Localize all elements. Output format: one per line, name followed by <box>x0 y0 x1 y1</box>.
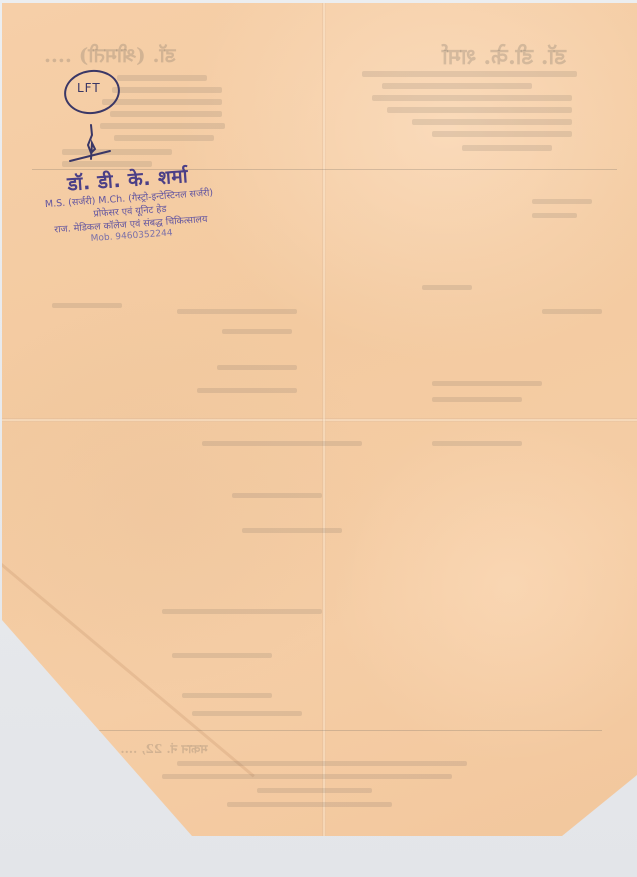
bleed-line <box>362 71 577 77</box>
bleed-line <box>532 199 592 204</box>
bleed-line <box>192 711 302 716</box>
bleed-line <box>422 285 472 290</box>
bleed-line <box>412 119 572 125</box>
bleed-line <box>202 441 362 446</box>
bleed-line <box>462 145 552 151</box>
bleed-line <box>432 441 522 446</box>
horizontal-fold <box>2 418 637 422</box>
bleed-line <box>227 802 392 807</box>
bleed-line <box>110 111 222 117</box>
bleed-line <box>217 365 297 370</box>
bleed-line <box>232 493 322 498</box>
bleed-footer-rule <box>42 730 602 731</box>
bleed-line <box>432 397 522 402</box>
bleed-line <box>102 99 222 105</box>
bleed-line <box>542 309 602 314</box>
bleed-line <box>242 528 342 533</box>
bleed-line <box>257 788 372 793</box>
bleed-line <box>100 123 225 129</box>
bleed-line <box>162 774 452 779</box>
bleed-header-left: डॉ. (श्रीमती) .... <box>44 41 175 68</box>
vertical-fold <box>322 3 326 836</box>
bleed-line <box>52 303 122 308</box>
bleed-line <box>372 95 572 101</box>
bleed-line <box>112 87 222 93</box>
doctor-stamp: डॉ. डी. के. शर्मा M.S. (सर्जरी) M.Ch. (ग… <box>32 160 227 248</box>
bleed-line <box>387 107 572 113</box>
bleed-line <box>177 309 297 314</box>
paper-sheet: डॉ. डी.के. शर्मा डॉ. (श्रीमती) .... मकान… <box>2 3 637 836</box>
bleed-line <box>197 388 297 393</box>
bleed-line <box>172 653 272 658</box>
bleed-line <box>162 609 322 614</box>
bleed-line <box>177 761 467 766</box>
bleed-line <box>432 131 572 137</box>
bleed-line <box>532 213 577 218</box>
bleed-line <box>382 83 532 89</box>
handwritten-note: LFT <box>77 81 101 95</box>
bleed-line <box>114 135 214 141</box>
bleed-line <box>432 381 542 386</box>
bleed-line <box>222 329 292 334</box>
bleed-header-right: डॉ. डी.के. शर्मा <box>442 41 566 71</box>
bleed-line <box>182 693 272 698</box>
signature-icon <box>64 123 114 168</box>
bleed-line <box>117 75 207 81</box>
